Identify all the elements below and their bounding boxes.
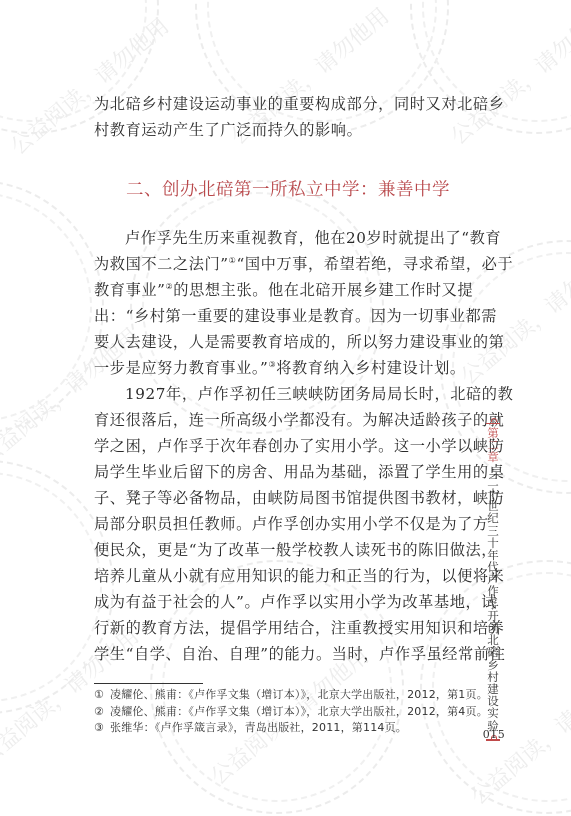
text-line: 一步是应努力教育事业。”③将教育纳入乡村建设计划。 — [94, 355, 462, 381]
text-line: 出：“乡村第一重要的建设事业是教育。因为一切事业都需 — [94, 303, 462, 329]
text-line: 学之困，卢作孚于次年春创办了实用小学。这一小学以峡防 — [94, 433, 462, 459]
footnote-1: ①凌耀伦、熊甫：《卢作孚文集（增订本）》，北京大学出版社，2012，第1页。 — [94, 687, 488, 704]
text-line: 子、凳子等必备物品，由峡防局图书馆提供图书教材，峡防 — [94, 485, 462, 511]
footnote-text: 张维华：《卢作孚箴言录》，青岛出版社，2011，第114页。 — [110, 721, 407, 734]
running-header-char: 三 — [487, 525, 499, 537]
running-header: 第二章·二十世纪三十年代卢作孚开创北碚乡村建设实验 — [483, 418, 503, 741]
text-line: 教育事业”②的思想主张。他在北碚开展乡建工作时又提 — [94, 277, 462, 303]
text-span: 的思想主张。他在北碚开展乡建工作时又提 — [173, 281, 473, 299]
running-header-char: 碚 — [487, 646, 499, 658]
footnote-divider — [94, 683, 203, 684]
text-span: “国中万事，希望若绝，寻求希望，必于 — [236, 255, 513, 273]
text-line: 为救国不二之法门”①“国中万事，希望若绝，寻求希望，必于 — [94, 251, 462, 277]
footnote-2: ②凌耀伦、熊甫：《卢作孚文集（增订本）》，北京大学出版社，2012，第4页。 — [94, 704, 488, 721]
text-span: 为救国不二之法门” — [94, 255, 229, 273]
text-span: 一步是应努力教育事业。” — [94, 359, 268, 377]
footnote-text: 凌耀伦、熊甫：《卢作孚文集（增订本）》，北京大学出版社，2012，第1页。 — [110, 688, 488, 701]
running-header-char: 章 — [487, 451, 499, 463]
running-header-char: 乡 — [487, 659, 499, 671]
text-line: 学生“自学、自治、自理”的能力。当时，卢作孚虽经常前往 — [94, 641, 462, 667]
text-line: 1927年，卢作孚初任三峡峡防团务局局长时，北碚的教 — [94, 381, 462, 407]
text-line: 成为有益于社会的人”。卢作孚以实用小学为改革基地，试 — [94, 589, 462, 615]
continuation-paragraph: 为北碚乡村建设运动事业的重要构成部分，同时又对北碚乡 村教育运动产生了广泛而持久… — [94, 91, 462, 143]
text-line: 卢作孚先生历来重视教育，他在20岁时就提出了“教育 — [94, 225, 462, 251]
book-page: 为北碚乡村建设运动事业的重要构成部分，同时又对北碚乡 村教育运动产生了广泛而持久… — [0, 0, 571, 816]
text-line: 便民众，更是“为了改革一般学校教人读死书的陈旧做法， — [94, 537, 462, 563]
footnote-number: ② — [94, 704, 110, 721]
footnote-text: 凌耀伦、熊甫：《卢作孚文集（增订本）》，北京大学出版社，2012，第4页。 — [110, 705, 488, 718]
ornament-icon — [485, 418, 501, 424]
text-line: 为北碚乡村建设运动事业的重要构成部分，同时又对北碚乡 — [94, 91, 462, 117]
text-line: 行新的教育方法，提倡学用结合，注重教授实用知识和培养 — [94, 615, 462, 641]
text-line: 局部分职员担任教师。卢作孚创办实用小学不仅是为了方 — [94, 511, 462, 537]
running-header-char: 实 — [487, 707, 499, 719]
footnote-number: ① — [94, 687, 110, 704]
footnote-3: ③张维华：《卢作孚箴言录》，青岛出版社，2011，第114页。 — [94, 720, 488, 737]
running-header-char: 孚 — [487, 598, 499, 610]
text-line: 要人去建设，人是需要教育培成的，所以努力建设事业的第 — [94, 329, 462, 355]
text-span: 教育事业” — [94, 281, 166, 299]
paragraph-1: 卢作孚先生历来重视教育，他在20岁时就提出了“教育 为救国不二之法门”①“国中万… — [94, 225, 462, 381]
running-header-char: 作 — [487, 585, 499, 597]
section-heading: 二、创办北碚第一所私立中学：兼善中学 — [126, 176, 450, 201]
footnote-number: ③ — [94, 720, 110, 737]
paragraph-2: 1927年，卢作孚初任三峡峡防团务局局长时，北碚的教 育还很落后，连一所高级小学… — [94, 381, 462, 667]
page-number: 015 — [482, 728, 506, 741]
text-span: 将教育纳入乡村建设计划。 — [276, 359, 465, 377]
text-line: 培养儿童从小就有应用知识的能力和正当的行为，以便将来 — [94, 563, 462, 589]
footnotes: ①凌耀伦、熊甫：《卢作孚文集（增订本）》，北京大学出版社，2012，第1页。 ②… — [94, 687, 488, 737]
running-header-text: 第二章·二十世纪三十年代卢作孚开创北碚乡村建设实验 — [487, 427, 499, 732]
running-header-char: 纪 — [487, 512, 499, 524]
text-line: 村教育运动产生了广泛而持久的影响。 — [94, 117, 462, 143]
running-header-char: · — [491, 464, 495, 476]
text-line: 育还很落后，连一所高级小学都没有。为解决适龄孩子的就 — [94, 407, 462, 433]
text-line: 局学生毕业后留下的房舍、用品为基础，添置了学生用的桌 — [94, 459, 462, 485]
